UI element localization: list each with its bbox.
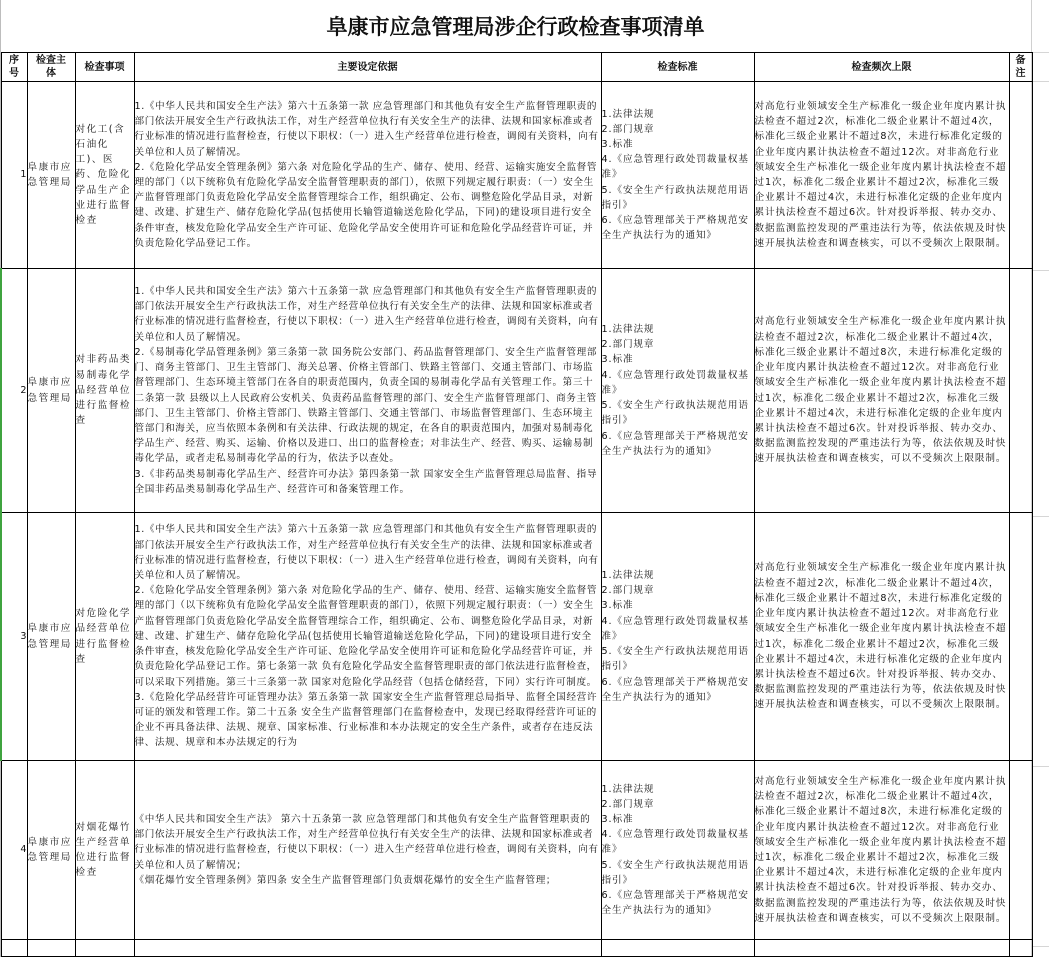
gridline	[1032, 946, 1049, 947]
cell-subject[interactable]	[27, 940, 75, 957]
cell-frequency[interactable]: 对高危行业领域安全生产标准化一级企业年度内累计执法检查不超过2次，标准化二级企业…	[754, 269, 1009, 513]
cell-seq[interactable]: 2	[1, 269, 27, 513]
cell-standard[interactable]	[601, 940, 754, 957]
basis-paragraph: 《中华人民共和国安全生产法》 第六十五条第一款 应急管理部门和其他负有安全生产监…	[135, 812, 601, 873]
basis-paragraph: 2.《危险化学品安全管理条例》第六条 对危险化学品的生产、储存、使用、经营、运输…	[135, 160, 601, 251]
basis-paragraph: 1.《中华人民共和国安全生产法》第六十五条第一款 应急管理部门和其他负有安全生产…	[135, 99, 601, 160]
basis-paragraph: 1.《中华人民共和国安全生产法》第六十五条第一款 应急管理部门和其他负有安全生产…	[135, 284, 601, 345]
table-header-row: 序号 检查主体 检查事项 主要设定依据 检查标准 检查频次上限 备注	[1, 53, 1032, 82]
standard-item: 1.法律法规	[602, 107, 754, 122]
header-note[interactable]: 备注	[1009, 53, 1032, 82]
header-frequency[interactable]: 检查频次上限	[754, 53, 1009, 82]
standard-item: 4.《应急管理行政处罚裁量权基准》	[602, 368, 754, 398]
standard-item: 2.部门规章	[602, 797, 754, 812]
standard-item: 6.《应急管理部关于严格规范安全生产执法行为的通知》	[602, 675, 754, 705]
gridline	[1032, 52, 1049, 53]
cell-note[interactable]	[1009, 940, 1032, 957]
cell-item[interactable]: 对非药品类易制毒化学品经营单位进行监督检查	[75, 269, 134, 513]
table-row: 1 阜康市应急管理局 对化工(含石油化工)、医药、危险化学品生产企业进行监督检查…	[1, 82, 1032, 269]
standard-item: 3.标准	[602, 137, 754, 152]
cell-basis[interactable]: 1.《中华人民共和国安全生产法》第六十五条第一款 应急管理部门和其他负有安全生产…	[134, 513, 601, 761]
cell-frequency[interactable]	[754, 940, 1009, 957]
cell-seq[interactable]: 4	[1, 761, 27, 940]
table-row: 2 阜康市应急管理局 对非药品类易制毒化学品经营单位进行监督检查 1.《中华人民…	[1, 269, 1032, 513]
table-row: 4 阜康市应急管理局 对烟花爆竹生产经营单位进行监督检查 《中华人民共和国安全生…	[1, 761, 1032, 940]
cell-item[interactable]: 对危险化学品经营单位进行监督检查	[75, 513, 134, 761]
standard-item: 1.法律法规	[602, 322, 754, 337]
cell-note[interactable]	[1009, 269, 1032, 513]
cell-seq[interactable]: 3	[1, 513, 27, 761]
standard-item: 6.《应急管理部关于严格规范安全生产执法行为的通知》	[602, 888, 754, 918]
cell-seq[interactable]: 1	[1, 82, 27, 269]
cell-frequency[interactable]: 对高危行业领域安全生产标准化一级企业年度内累计执法检查不超过2次，标准化二级企业…	[754, 82, 1009, 269]
gridline	[1032, 270, 1049, 271]
gridline	[1032, 81, 1049, 82]
cell-frequency[interactable]: 对高危行业领域安全生产标准化一级企业年度内累计执法检查不超过2次，标准化二级企业…	[754, 513, 1009, 761]
standard-item: 1.法律法规	[602, 568, 754, 583]
cell-item[interactable]	[75, 940, 134, 957]
cell-item[interactable]: 对烟花爆竹生产经营单位进行监督检查	[75, 761, 134, 940]
gridline	[1032, 516, 1049, 517]
header-standard[interactable]: 检查标准	[601, 53, 754, 82]
cell-subject[interactable]: 阜康市应急管理局	[27, 513, 75, 761]
gridline	[1032, 766, 1049, 767]
cell-subject[interactable]: 阜康市应急管理局	[27, 761, 75, 940]
basis-paragraph: 《烟花爆竹安全管理条例》第四条 安全生产监督管理部门负责烟花爆竹的安全生产监督管…	[135, 873, 601, 888]
standard-item: 1.法律法规	[602, 782, 754, 797]
standard-item: 5.《安全生产行政执法规范用语指引》	[602, 398, 754, 428]
cell-frequency[interactable]: 对高危行业领域安全生产标准化一级企业年度内累计执法检查不超过2次，标准化二级企业…	[754, 761, 1009, 940]
header-item[interactable]: 检查事项	[75, 53, 134, 82]
basis-paragraph: 3.《非药品类易制毒化学品生产、经营许可办法》第四条第一款 国家安全生产监督管理…	[135, 467, 601, 497]
standard-item: 6.《应急管理部关于严格规范安全生产执法行为的通知》	[602, 213, 754, 243]
basis-paragraph: 1.《中华人民共和国安全生产法》第六十五条第一款 应急管理部门和其他负有安全生产…	[135, 522, 601, 583]
header-basis[interactable]: 主要设定依据	[134, 53, 601, 82]
standard-item: 4.《应急管理行政处罚裁量权基准》	[602, 827, 754, 857]
sheet-gridline-area	[1031, 0, 1049, 957]
cell-subject[interactable]: 阜康市应急管理局	[27, 269, 75, 513]
header-subject[interactable]: 检查主体	[27, 53, 75, 82]
standard-item: 5.《安全生产行政执法规范用语指引》	[602, 858, 754, 888]
basis-paragraph: 3.《危险化学品经营许可证管理办法》第五条第一款 国家安全生产监督管理总局指导、…	[135, 690, 601, 751]
cell-basis[interactable]: 1.《中华人民共和国安全生产法》第六十五条第一款 应急管理部门和其他负有安全生产…	[134, 269, 601, 513]
cell-standard[interactable]: 1.法律法规 2.部门规章 3.标准 4.《应急管理行政处罚裁量权基准》 5.《…	[601, 513, 754, 761]
cell-basis[interactable]	[134, 940, 601, 957]
standard-item: 3.标准	[602, 812, 754, 827]
standard-item: 4.《应急管理行政处罚裁量权基准》	[602, 614, 754, 644]
cell-seq[interactable]	[1, 940, 27, 957]
standard-item: 2.部门规章	[602, 583, 754, 598]
cell-basis[interactable]: 《中华人民共和国安全生产法》 第六十五条第一款 应急管理部门和其他负有安全生产监…	[134, 761, 601, 940]
page-title: 阜康市应急管理局涉企行政检查事项清单	[0, 0, 1031, 52]
standard-item: 2.部门规章	[602, 122, 754, 137]
table-row-partial	[1, 940, 1032, 957]
table-row: 3 阜康市应急管理局 对危险化学品经营单位进行监督检查 1.《中华人民共和国安全…	[1, 513, 1032, 761]
cell-note[interactable]	[1009, 82, 1032, 269]
cell-subject[interactable]: 阜康市应急管理局	[27, 82, 75, 269]
standard-item: 6.《应急管理部关于严格规范安全生产执法行为的通知》	[602, 429, 754, 459]
cell-standard[interactable]: 1.法律法规 2.部门规章 3.标准 4.《应急管理行政处罚裁量权基准》 5.《…	[601, 269, 754, 513]
cell-item[interactable]: 对化工(含石油化工)、医药、危险化学品生产企业进行监督检查	[75, 82, 134, 269]
cell-standard[interactable]: 1.法律法规 2.部门规章 3.标准 4.《应急管理行政处罚裁量权基准》 5.《…	[601, 82, 754, 269]
cell-note[interactable]	[1009, 761, 1032, 940]
standard-item: 3.标准	[602, 598, 754, 613]
cell-note[interactable]	[1009, 513, 1032, 761]
standard-item: 5.《安全生产行政执法规范用语指引》	[602, 644, 754, 674]
standard-item: 5.《安全生产行政执法规范用语指引》	[602, 183, 754, 213]
cell-basis[interactable]: 1.《中华人民共和国安全生产法》第六十五条第一款 应急管理部门和其他负有安全生产…	[134, 82, 601, 269]
cell-standard[interactable]: 1.法律法规 2.部门规章 3.标准 4.《应急管理行政处罚裁量权基准》 5.《…	[601, 761, 754, 940]
standard-item: 4.《应急管理行政处罚裁量权基准》	[602, 152, 754, 182]
header-seq[interactable]: 序号	[1, 53, 27, 82]
basis-paragraph: 2.《危险化学品安全管理条例》第六条 对危险化学品的生产、储存、使用、经营、运输…	[135, 583, 601, 689]
basis-paragraph: 2.《易制毒化学品管理条例》第三条第一款 国务院公安部门、药品监督管理部门、安全…	[135, 345, 601, 467]
standard-item: 3.标准	[602, 352, 754, 367]
inspection-items-table: 序号 检查主体 检查事项 主要设定依据 检查标准 检查频次上限 备注 1 阜康市…	[0, 52, 1033, 957]
standard-item: 2.部门规章	[602, 337, 754, 352]
